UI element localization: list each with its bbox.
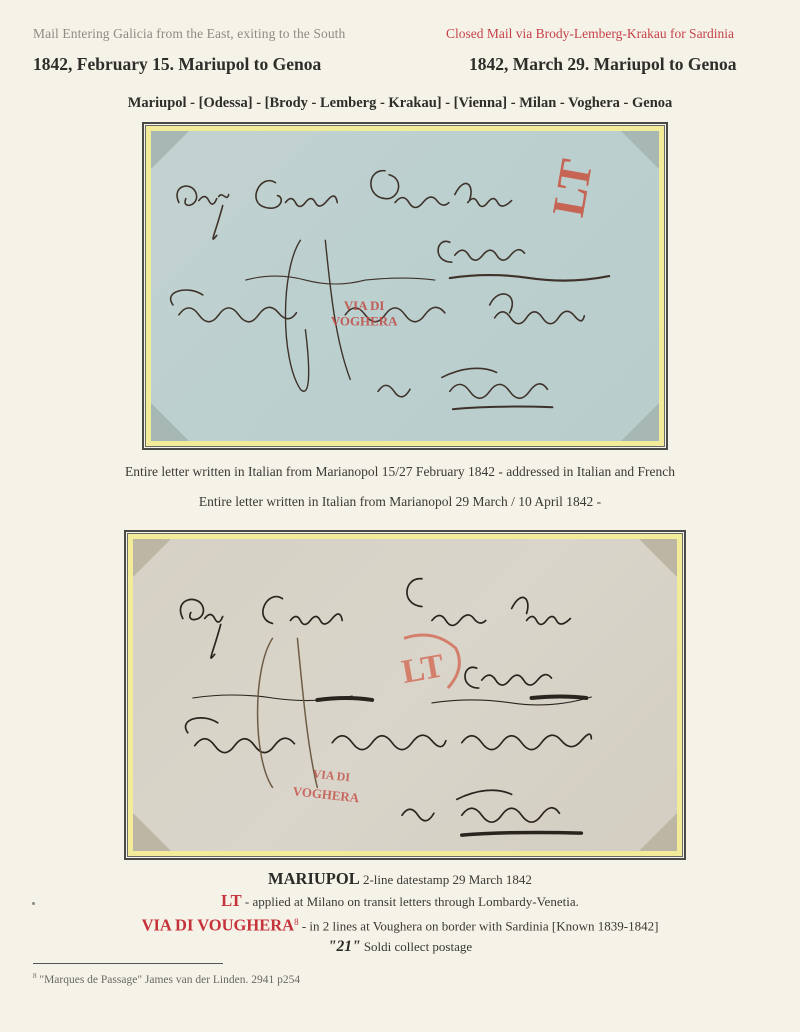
- title-cover-1: 1842, February 15. Mariupol to Genoa: [33, 54, 321, 75]
- svg-text:LT: LT: [399, 647, 447, 691]
- lt-handstamp: LT: [399, 635, 459, 691]
- route-subtitle: Closed Mail via Brody-Lemberg-Krakau for…: [446, 26, 734, 42]
- svg-text:LT: LT: [542, 156, 602, 221]
- note-lt: LT - applied at Milano on transit letter…: [0, 890, 800, 912]
- svg-text:VOGHERA: VOGHERA: [292, 783, 360, 805]
- cover-2-image: LT VIA DI VOGHERA: [133, 539, 677, 851]
- cover-1-image: LT VIA DI VOGHERA: [151, 131, 659, 441]
- cover-2-mount: LT VIA DI VOGHERA: [124, 530, 686, 860]
- footnote-divider: [33, 963, 223, 964]
- svg-text:VIA DI: VIA DI: [312, 767, 351, 785]
- footnote: 8 "Marques de Passage" James van der Lin…: [33, 972, 300, 986]
- via-di-voghera-handstamp: VIA DI VOGHERA: [292, 767, 360, 806]
- svg-text:VOGHERA: VOGHERA: [331, 314, 398, 329]
- cover-2-handwriting: LT VIA DI VOGHERA: [133, 539, 677, 851]
- caption-cover-1: Entire letter written in Italian from Ma…: [0, 464, 800, 480]
- title-cover-2: 1842, March 29. Mariupol to Genoa: [469, 54, 737, 75]
- footnote-text: "Marques de Passage" James van der Linde…: [37, 974, 301, 986]
- caption-cover-2: Entire letter written in Italian from Ma…: [0, 494, 800, 510]
- svg-text:VIA DI: VIA DI: [344, 298, 385, 313]
- section-subtitle: Mail Entering Galicia from the East, exi…: [33, 26, 345, 42]
- via-di-voghera-handstamp: VIA DI VOGHERA: [331, 298, 398, 329]
- note-voughera-label: VIA DI VOUGHERA: [142, 915, 294, 934]
- note-postage: "21" Soldi collect postage: [0, 936, 800, 957]
- postal-route: Mariupol - [Odessa] - [Brody - Lemberg -…: [0, 95, 800, 112]
- speck: [32, 902, 35, 905]
- note-via-di-voughera: VIA DI VOUGHERA8 - in 2 lines at Vougher…: [0, 912, 800, 936]
- cover-1-handwriting: LT VIA DI VOGHERA: [151, 131, 659, 441]
- stamp-notes: MARIUPOL 2-line datestamp 29 March 1842 …: [0, 868, 800, 957]
- note-mariupol: MARIUPOL 2-line datestamp 29 March 1842: [0, 868, 800, 890]
- note-postage-value: "21": [328, 938, 361, 955]
- note-lt-label: LT: [221, 891, 242, 910]
- cover-1-mount: LT VIA DI VOGHERA: [142, 122, 668, 450]
- lt-handstamp: LT: [542, 156, 602, 221]
- note-mariupol-label: MARIUPOL: [268, 869, 360, 888]
